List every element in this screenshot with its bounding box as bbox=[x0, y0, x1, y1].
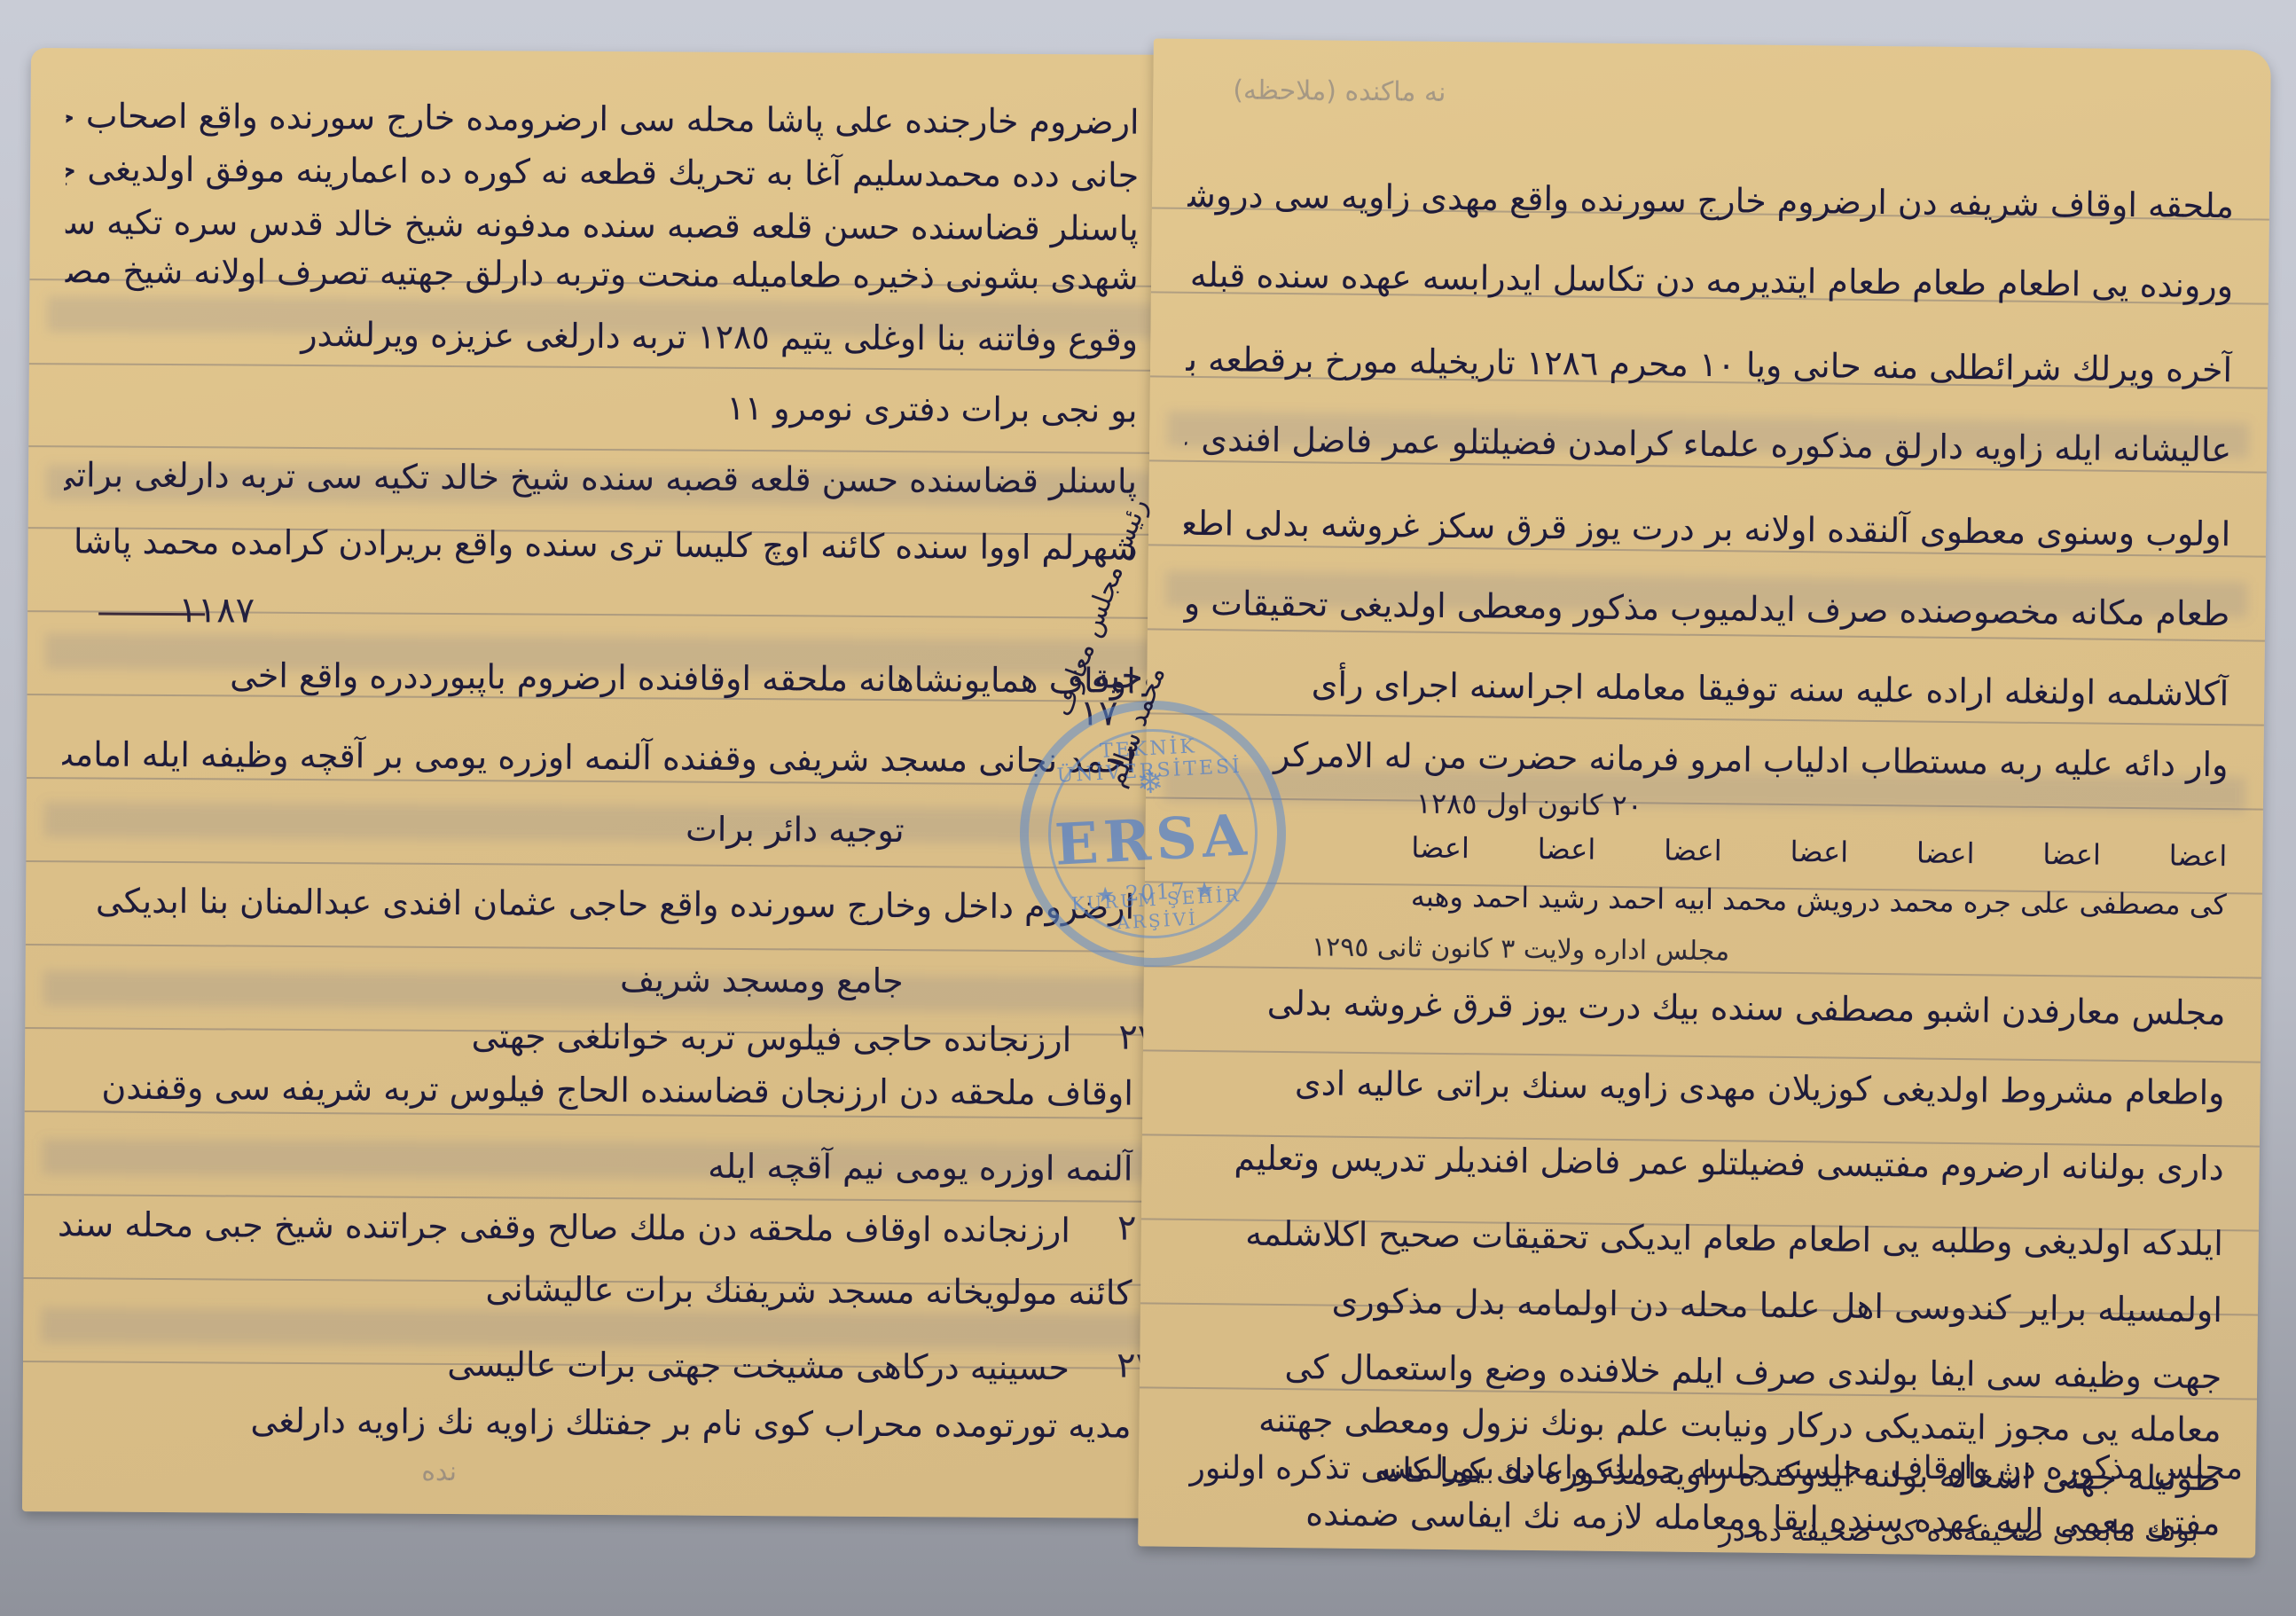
handwritten-line: كائنه مولويخانه مسجد شريفنك برات عاليشان… bbox=[59, 1263, 1132, 1315]
ruled-line bbox=[26, 944, 1170, 953]
stamp-center-text: ERSA bbox=[1028, 801, 1280, 881]
signature-title: اعضا bbox=[1790, 835, 1848, 869]
handwritten-line: بونك مابعدى صحيفه ده كى صحيفه ده در bbox=[1650, 1508, 2198, 1554]
signature-title: اعضا bbox=[2042, 837, 2101, 872]
pencil-note-top: نه ماكنده (ملاحظه) bbox=[1233, 75, 1446, 108]
handwritten-line: حسينيه دركاهى مشيخت جهتى برات عاليسى bbox=[59, 1338, 1070, 1391]
ruled-line bbox=[29, 363, 1173, 372]
year-note: ١١٨٧ bbox=[178, 590, 255, 631]
handwritten-line: اوقاف ملحقه دن ارزنجان قضاسنده الحاج فيل… bbox=[60, 1063, 1133, 1116]
signatory-name: احمد رشيد bbox=[1538, 881, 1665, 915]
signatory-name: محمد درويش bbox=[1796, 883, 1955, 919]
pencil-note: نده bbox=[421, 1456, 457, 1487]
signature-title: اعضا bbox=[1916, 836, 1975, 871]
date-line: ٢٠ كانون اول ١٢٨٥ bbox=[1416, 787, 1643, 823]
signatory-name: كى bbox=[2190, 888, 2227, 922]
left-page: ارضروم خارجنده على پاشا محله سى ارضرومده… bbox=[22, 48, 1175, 1518]
signature-title: اعضا bbox=[1411, 831, 1469, 866]
handwritten-line: اوقاف همايونشاهانه ملحقه اوقافنده ارضروم… bbox=[63, 651, 1136, 703]
handwritten-line: پاسنلر قضاسنده حسن قلعه قصبه سنده شيخ خا… bbox=[64, 451, 1137, 504]
signature-title: اعضا bbox=[2169, 838, 2228, 873]
signatory-name: مصطفى bbox=[2079, 886, 2180, 921]
handwritten-line: مجلس مذكوره دن واوقاف مجلسنه جلسه جوابله… bbox=[1171, 1446, 2243, 1492]
handwritten-line: شهرلم اووا سنده كائنه اوچ كليسا ترى سنده… bbox=[63, 518, 1136, 570]
signatory-name: محمد ابيه bbox=[1673, 883, 1787, 917]
handwritten-line: ارزنجانده اوقاف ملحقه دن ملك صالح وقفى ج… bbox=[59, 1201, 1070, 1253]
ruled-line bbox=[1144, 965, 2261, 978]
ruled-line bbox=[26, 860, 1170, 869]
handwritten-line: ارزنجانده حاجى فيلوس تربه خوانلغى جهتى bbox=[60, 1010, 1071, 1063]
handwritten-line: ارضروم خارجنده على پاشا محله سى ارضرومده… bbox=[66, 92, 1139, 145]
right-page: نه ماكنده (ملاحظه) ملحقه اوقاف شريفه دن … bbox=[1138, 38, 2271, 1557]
handwritten-line: جانى دده محمدسليم آغا به تحريك قطعه نه ك… bbox=[66, 145, 1139, 198]
handwritten-line: آلنمه اوزره يومى نيم آقچه ايله bbox=[59, 1139, 1132, 1191]
signatory-name: احمد وهبه bbox=[1411, 880, 1530, 914]
handwritten-line: جامع ومسجد شريف bbox=[61, 953, 904, 1004]
handwritten-line: شهدى بشونى ذخيره طعاميله منحت وتربه دارل… bbox=[65, 247, 1138, 300]
council-note: مجلس اداره ولايت ٣ كانون ثانى ١٢٩٥ bbox=[1312, 931, 1730, 967]
signature-title: اعضا bbox=[1538, 832, 1596, 867]
handwritten-line: توجيه دائر برات bbox=[62, 802, 905, 853]
handwritten-line: پاسنلر قضاسنده حسن قلعه قصبه سنده مدفونه… bbox=[66, 199, 1139, 251]
handwritten-line: احمد نجانى مسجد شريفى وقفنده آلنمه اوزره… bbox=[62, 731, 1135, 783]
signatory-name: على جره bbox=[1963, 885, 2071, 920]
handwritten-line: وقوع وفاتنه بنا اوغلى يتيم ١٢٨٥ تربه دار… bbox=[65, 310, 1138, 362]
handwritten-line: ارضروم داخل وخارج سورنده واقع حاجى عثمان… bbox=[61, 877, 1134, 930]
signature-title: اعضا bbox=[1664, 834, 1722, 868]
handwritten-line: بو نجى برات دفترى نومرو ١١ bbox=[64, 380, 1137, 433]
handwritten-line: مديه تورتومده محراب كوى نام بر جفتلك زاو… bbox=[58, 1396, 1131, 1448]
